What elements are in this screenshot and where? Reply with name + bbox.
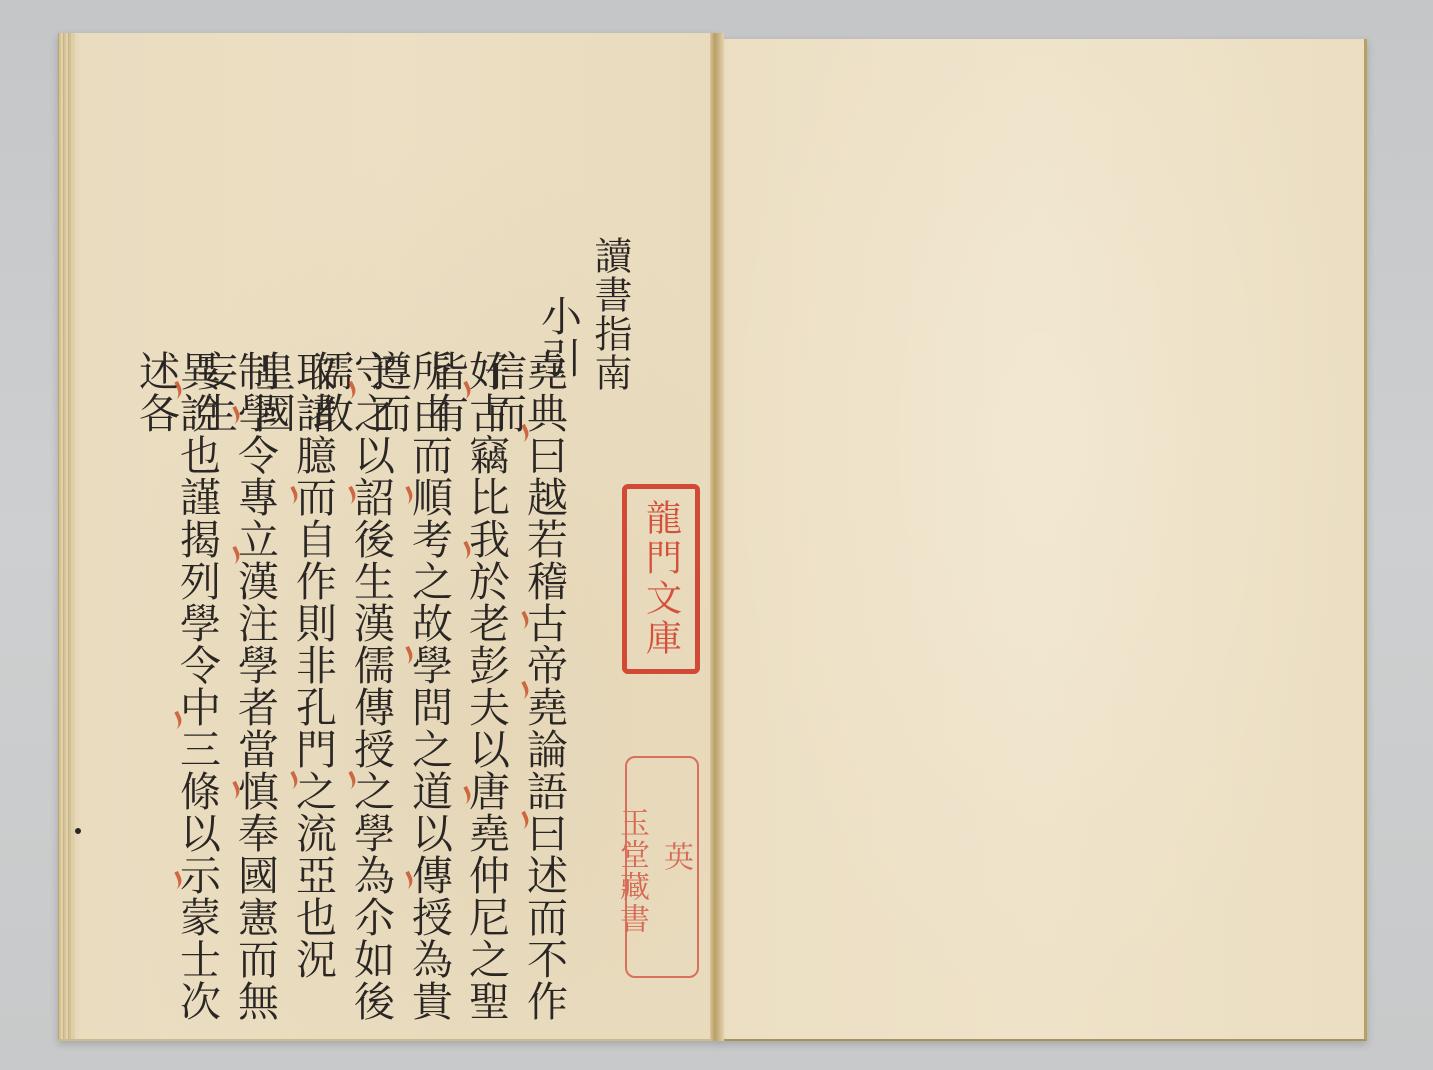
- seal-text-top: 英: [653, 841, 697, 871]
- library-seal-ryumon-bunko: 龍門文庫: [622, 484, 700, 674]
- book-spine: [710, 33, 724, 1041]
- ownership-seal-gyokudo: 英 玉堂藏書: [625, 756, 699, 978]
- open-book: 讀書指南 小引 堯典曰越若稽古帝堯論語曰述而不作信而 好古竊比我於老彭夫以唐堯仲…: [58, 33, 1376, 1041]
- seal-text: 龍門文庫: [636, 499, 687, 659]
- page-edges: [59, 33, 73, 1039]
- scan-background: 讀書指南 小引 堯典曰越若稽古帝堯論語曰述而不作信而 好古竊比我於老彭夫以唐堯仲…: [0, 0, 1433, 1070]
- seal-text-bottom: 玉堂藏書: [609, 807, 653, 935]
- ink-spot: [75, 828, 81, 834]
- book-title: 讀書指南: [591, 236, 629, 392]
- text-column-7: 異說也謹揭列學令中三條以示蒙士次述各: [135, 350, 217, 1039]
- right-page: [718, 39, 1367, 1041]
